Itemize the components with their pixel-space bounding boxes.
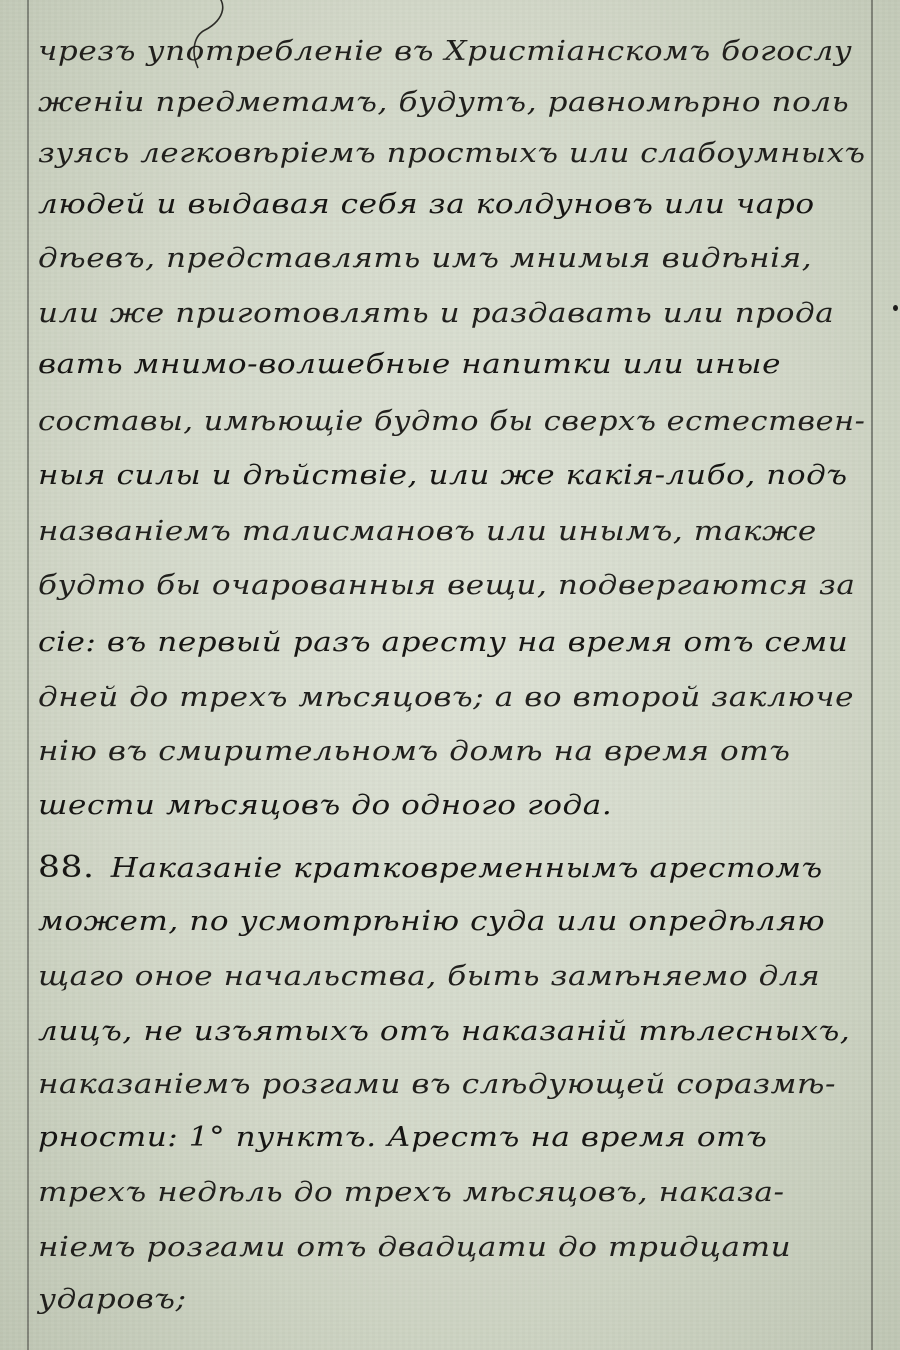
text-line: чрезъ употребленіе въ Христіанскомъ бого… [38, 36, 852, 67]
text-line: ніемъ розгами отъ двадцати до тридцати [38, 1232, 791, 1263]
text-line: составы, имѣющіе будто бы сверхъ естеств… [38, 406, 865, 437]
text-line: названіемъ талисмановъ или инымъ, также [38, 516, 817, 547]
text-line: лицъ, не изъятыхъ отъ наказаній тѣлесных… [38, 1016, 850, 1047]
text-line: зуясь легковѣріемъ простыхъ или слабоумн… [38, 138, 866, 169]
text-line: трехъ недѣль до трехъ мѣсяцовъ, наказа- [38, 1177, 785, 1208]
text-line: нію въ смирительномъ домѣ на время отъ [38, 736, 791, 767]
text-line: ныя силы и дѣйствіе, или же какія-либо, … [38, 460, 848, 491]
text-line: людей и выдавая себя за колдуновъ или ча… [38, 189, 815, 220]
text-line: будто бы очарованныя вещи, подвергаются … [38, 570, 855, 601]
right-margin-rule [871, 0, 873, 1350]
manuscript-page: чрезъ употребленіе въ Христіанскомъ бого… [0, 0, 900, 1350]
text-line: ударовъ; [38, 1284, 187, 1315]
text-line: сіе: въ первый разъ аресту на время отъ … [38, 627, 848, 658]
text-line: дѣевъ, представлять имъ мнимыя видѣнія, [38, 243, 812, 274]
section-heading-line: 88.Наказаніе кратковременнымъ арестомъ [38, 850, 823, 885]
text-line: дней до трехъ мѣсяцовъ; а во второй закл… [38, 682, 854, 713]
ink-blot [893, 305, 898, 311]
text-line: женіи предметамъ, будутъ, равномѣрно пол… [38, 87, 849, 118]
text-line: или же приготовлять и раздавать или прод… [38, 298, 834, 329]
text-line: наказаніемъ розгами въ слѣдующей соразмѣ… [38, 1069, 836, 1100]
section-number: 88. [38, 850, 95, 885]
text-line: Наказаніе кратковременнымъ арестомъ [111, 853, 823, 884]
left-margin-rule [27, 0, 29, 1350]
text-line: щаго оное начальства, быть замѣняемо для [38, 961, 820, 992]
text-line: рности: 1° пунктъ. Арестъ на время отъ [38, 1122, 767, 1153]
text-line: шести мѣсяцовъ до одного года. [38, 790, 612, 821]
text-line: вать мнимо-волшебные напитки или иные [38, 349, 781, 380]
text-line: может, по усмотрѣнію суда или опредѣляю [38, 906, 825, 937]
